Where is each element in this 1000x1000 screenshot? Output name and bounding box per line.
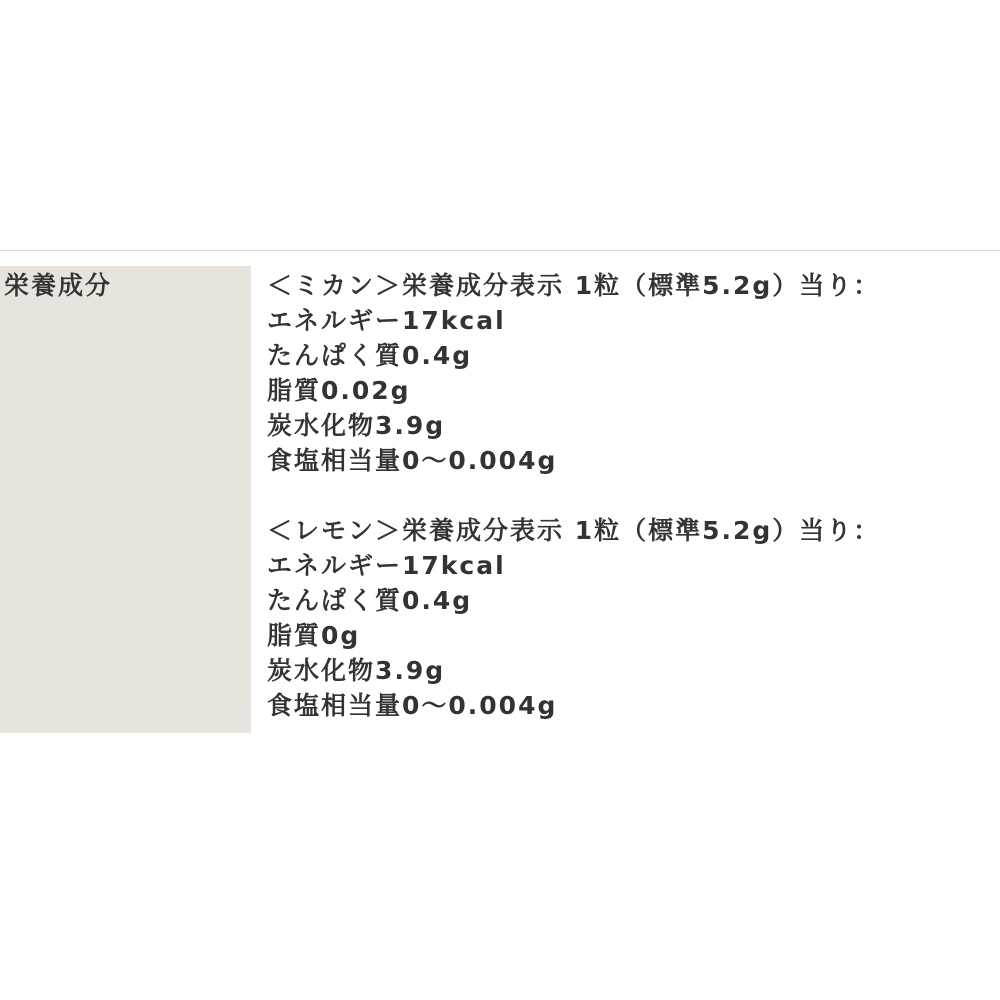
nutrition-row-label: 栄養成分 [4, 268, 247, 303]
nutrition-line-fat: 脂質0g [267, 618, 990, 653]
nutrition-line-protein: たんぱく質0.4g [267, 338, 990, 373]
nutrition-line-salt: 食塩相当量0〜0.004g [267, 443, 990, 478]
section-header: ＜レモン＞栄養成分表示 1粒（標準5.2g）当り： [267, 513, 990, 548]
nutrition-table-row: 栄養成分 ＜ミカン＞栄養成分表示 1粒（標準5.2g）当り： エネルギー17kc… [0, 266, 1000, 733]
product-page-section: 栄養成分 ＜ミカン＞栄養成分表示 1粒（標準5.2g）当り： エネルギー17kc… [0, 0, 1000, 1000]
nutrition-value-cell: ＜ミカン＞栄養成分表示 1粒（標準5.2g）当り： エネルギー17kcal たん… [251, 266, 1000, 733]
mikan-nutrition-section: ＜ミカン＞栄養成分表示 1粒（標準5.2g）当り： エネルギー17kcal たん… [267, 268, 990, 478]
row-separator-line [0, 250, 1000, 251]
nutrition-line-carbohydrate: 炭水化物3.9g [267, 653, 990, 688]
nutrition-line-salt: 食塩相当量0〜0.004g [267, 688, 990, 723]
nutrition-line-energy: エネルギー17kcal [267, 303, 990, 338]
nutrition-line-fat: 脂質0.02g [267, 373, 990, 408]
lemon-nutrition-section: ＜レモン＞栄養成分表示 1粒（標準5.2g）当り： エネルギー17kcal たん… [267, 513, 990, 723]
nutrition-line-protein: たんぱく質0.4g [267, 583, 990, 618]
nutrition-label-cell: 栄養成分 [0, 266, 251, 733]
nutrition-line-carbohydrate: 炭水化物3.9g [267, 408, 990, 443]
section-header: ＜ミカン＞栄養成分表示 1粒（標準5.2g）当り： [267, 268, 990, 303]
nutrition-line-energy: エネルギー17kcal [267, 548, 990, 583]
